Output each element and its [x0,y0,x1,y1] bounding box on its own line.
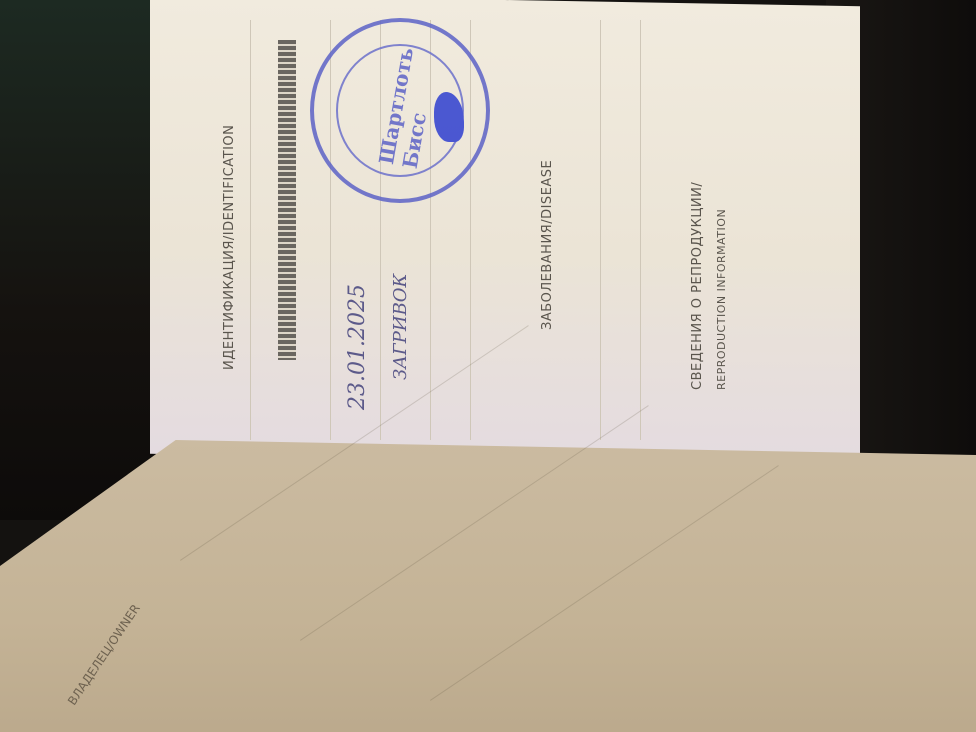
form-line [640,20,641,440]
reproduction-heading-en: REPRODUCTION INFORMATION [715,209,728,390]
dark-background-left [0,0,170,520]
form-line [250,20,251,440]
passport-page-owner [0,440,976,732]
identification-heading: ИДЕНТИФИКАЦИЯ/IDENTIFICATION [222,125,237,370]
microchip-barcode [278,40,296,360]
reproduction-heading-ru: СВЕДЕНИЯ О РЕПРОДУКЦИИ/ [690,182,705,390]
vet-clinic-stamp: Шартлоть Бисс [310,18,490,203]
form-line [600,20,601,440]
passport-page-identification [150,0,860,466]
disease-heading: ЗАБОЛЕВАНИЯ/DISEASE [540,160,555,330]
handwritten-location: ЗАГРИВОК [390,274,411,381]
handwritten-date: 23.01.2025 [345,284,370,410]
